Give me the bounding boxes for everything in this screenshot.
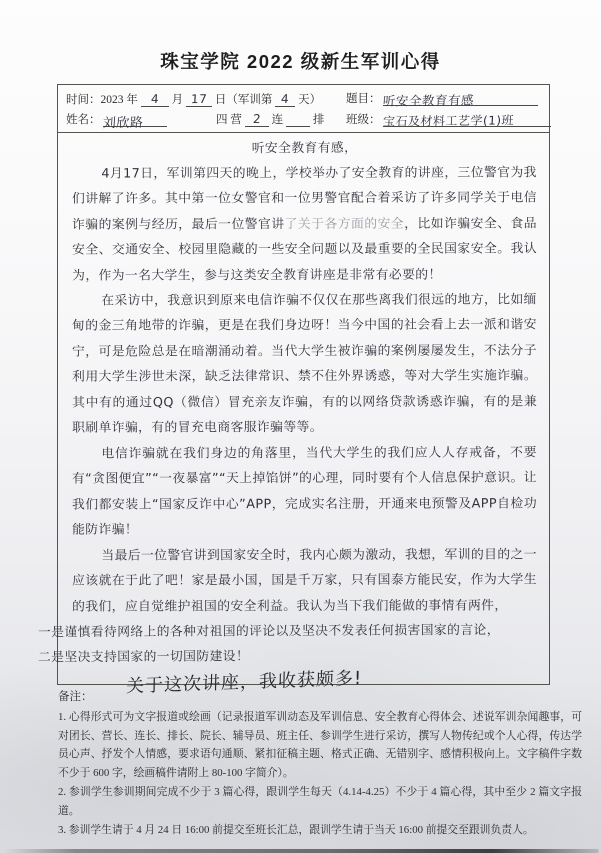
class-underline: 宝石及材料工艺学(1)班 xyxy=(383,112,551,127)
class-value: 宝石及材料工艺学(1)班 xyxy=(383,111,515,129)
topic-label: 题目： xyxy=(346,93,381,105)
essay-title: 听安全教育有感， xyxy=(72,134,537,163)
platoon-label: 排 xyxy=(313,114,325,126)
note-item-3: 3. 参训学生请于 4 月 24 日 16:00 前提交至班长汇总，跟训学生请于… xyxy=(58,821,582,840)
notes-section: 备注： 关于这次讲座，我收获颇多! 1. 心得形式可为文字报道或绘画（记录报道军… xyxy=(58,688,582,841)
essay-paragraph-1: 4月17日，军训第四天的晚上，学校举办了安全教育的讲座，三位警官为我们讲解了许多… xyxy=(72,161,537,289)
essay-p1-faded-ink: 了关于各方面的安全 xyxy=(285,217,405,232)
note-item-2: 2. 参训学生参训期间完成不少于 3 篇心得，跟训学生每天（4.14-4.25）… xyxy=(58,783,582,820)
class-field: 班级： 宝石及材料工艺学(1)班 xyxy=(346,111,551,127)
company-underline: 2 xyxy=(245,112,269,127)
topic-field: 题目： 听安全教育有感 xyxy=(346,90,538,106)
topic-underline: 听安全教育有感 xyxy=(383,91,538,106)
page-title: 珠宝学院 2022 级新生军训心得 xyxy=(0,48,601,74)
month-label: 月 xyxy=(172,94,184,106)
topic-value: 听安全教育有感 xyxy=(383,91,475,110)
company-label: 连 xyxy=(272,114,284,126)
day-label: 日（军训第 xyxy=(215,94,273,106)
time-label: 时间：2023 年 xyxy=(66,94,138,106)
name-label: 姓名： xyxy=(66,114,101,126)
scanned-form-page: 珠宝学院 2022 级新生军训心得 时间：2023 年 4 月 17 日（军训第… xyxy=(0,0,601,853)
essay-margin-line-2: 二是坚决支持国家的一切国防建设！ xyxy=(38,643,537,671)
notes-label-row: 备注： 关于这次讲座，我收获颇多! xyxy=(58,688,582,708)
day-suffix-label: 天） xyxy=(298,94,321,106)
battalion-value: 四 xyxy=(216,114,228,126)
class-label: 班级： xyxy=(346,114,381,126)
handwritten-comment: 关于这次讲座，我收获颇多! xyxy=(126,670,362,697)
paper-bottom-edge xyxy=(4,849,599,853)
unit-field: 四 营 2 连 排 xyxy=(216,111,324,127)
day-value: 17 xyxy=(190,92,207,106)
month-value: 4 xyxy=(150,92,159,106)
note-item-1: 1. 心得形式可为文字报道或绘画（记录报道军训动态及军训信息、安全教育心得体会、… xyxy=(58,708,582,782)
company-value: 2 xyxy=(252,112,261,126)
essay-margin-line-1: 一是谨慎看待网络上的各种对祖国的评论以及坚决不发表任何损害国家的言论， xyxy=(38,617,537,645)
form-table: 时间：2023 年 4 月 17 日（军训第 4 天） 题目： 听安全教育有感 … xyxy=(57,84,550,685)
essay-paragraph-3: 电信诈骗就在我们身边的角落里，当代大学生的我们应人人存戒备，不要有“贪图便宜”“… xyxy=(72,440,537,543)
time-field: 时间：2023 年 4 月 17 日（军训第 4 天） xyxy=(66,91,321,107)
essay-paragraph-4: 当最后一位警官讲到国家安全时，我内心颇为激动，我想，军训的目的之一应该就在于此了… xyxy=(72,542,537,619)
name-value: 刘欣路 xyxy=(103,112,145,131)
notes-label: 备注： xyxy=(58,691,93,703)
platoon-underline xyxy=(286,112,310,127)
name-underline: 刘欣路 xyxy=(103,112,167,127)
essay-body: 听安全教育有感， 4月17日，军训第四天的晚上，学校举办了安全教育的讲座，三位警… xyxy=(58,133,549,684)
form-header: 时间：2023 年 4 月 17 日（军训第 4 天） 题目： 听安全教育有感 … xyxy=(58,85,549,133)
training-day-value: 4 xyxy=(281,92,290,106)
essay-paragraph-2: 在采访中，我意识到原来电信诈骗不仅仅在那些离我们很远的地方，比如缅甸的金三角地带… xyxy=(72,288,537,442)
day-value-underline: 17 xyxy=(186,92,212,107)
battalion-label: 营 xyxy=(230,114,242,126)
month-value-underline: 4 xyxy=(141,92,169,107)
name-field: 姓名： 刘欣路 xyxy=(66,111,167,127)
training-day-underline: 4 xyxy=(275,92,295,107)
